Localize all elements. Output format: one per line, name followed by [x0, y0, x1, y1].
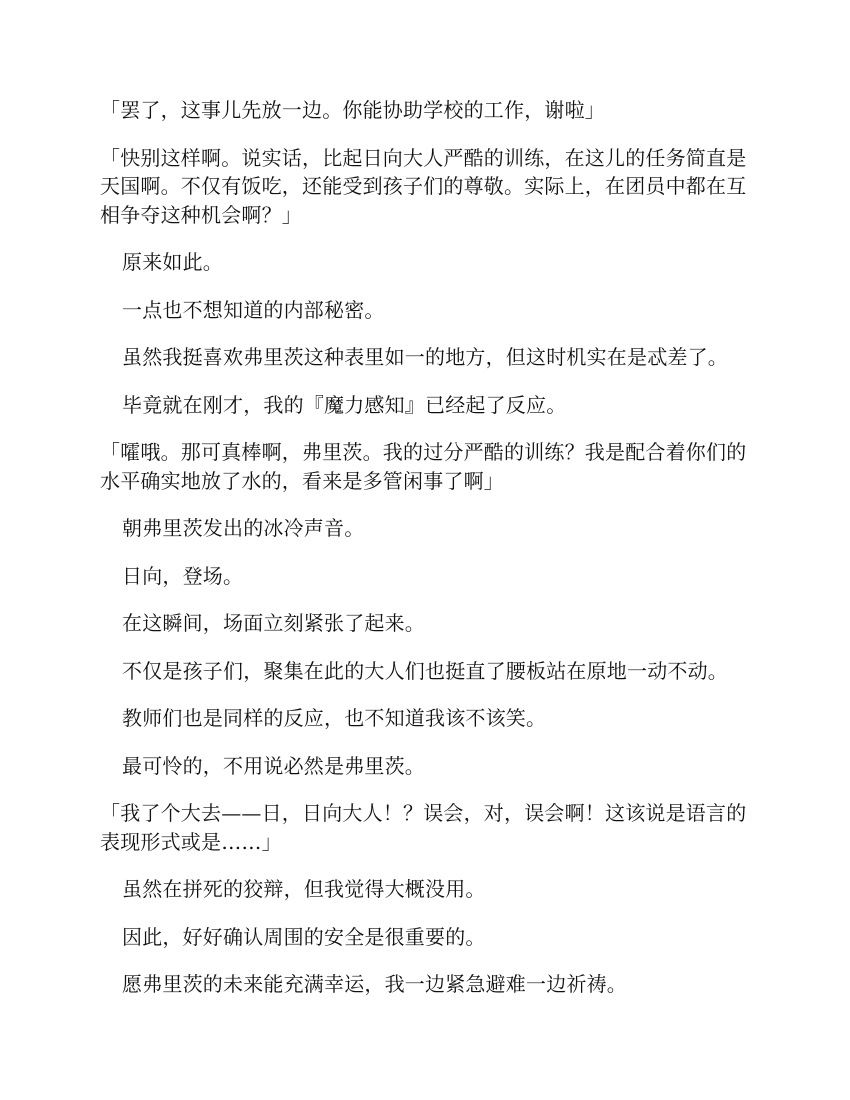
paragraph-dialog: 「我了个大去——日，日向大人！？误会，对，误会啊！这该说是语言的表现形式或是……… — [100, 799, 748, 856]
paragraph-narration: 毕竟就在刚才，我的『魔力感知』已经起了反应。 — [102, 391, 748, 420]
paragraph-narration: 虽然在拼死的狡辩，但我觉得大概没用。 — [102, 875, 748, 904]
paragraph-narration: 朝弗里茨发出的冰冷声音。 — [102, 514, 748, 543]
paragraph-narration: 教师们也是同样的反应，也不知道我该不该笑。 — [102, 704, 748, 733]
paragraph-narration: 愿弗里茨的未来能充满幸运，我一边紧急避难一边祈祷。 — [102, 970, 748, 999]
paragraph-narration: 虽然我挺喜欢弗里茨这种表里如一的地方，但这时机实在是忒差了。 — [102, 343, 748, 372]
paragraph-narration: 因此，好好确认周围的安全是很重要的。 — [102, 923, 748, 952]
paragraph-dialog: 「快别这样啊。说实话，比起日向大人严酷的训练，在这儿的任务简直是天国啊。不仅有饭… — [100, 144, 748, 230]
paragraph-dialog: 「罢了，这事儿先放一边。你能协助学校的工作，谢啦」 — [100, 96, 748, 125]
paragraph-dialog: 「嚯哦。那可真棒啊，弗里茨。我的过分严酷的训练？我是配合着你们的水平确实地放了水… — [100, 438, 748, 495]
paragraph-narration: 在这瞬间，场面立刻紧张了起来。 — [102, 609, 748, 638]
paragraph-narration: 原来如此。 — [102, 248, 748, 277]
document-page: 「罢了，这事儿先放一边。你能协助学校的工作，谢啦」 「快别这样啊。说实话，比起日… — [0, 0, 850, 1100]
paragraph-narration: 一点也不想知道的内部秘密。 — [102, 296, 748, 325]
paragraph-narration: 最可怜的，不用说必然是弗里茨。 — [102, 752, 748, 781]
paragraph-narration: 不仅是孩子们，聚集在此的大人们也挺直了腰板站在原地一动不动。 — [102, 657, 748, 686]
paragraph-narration: 日向，登场。 — [102, 562, 748, 591]
